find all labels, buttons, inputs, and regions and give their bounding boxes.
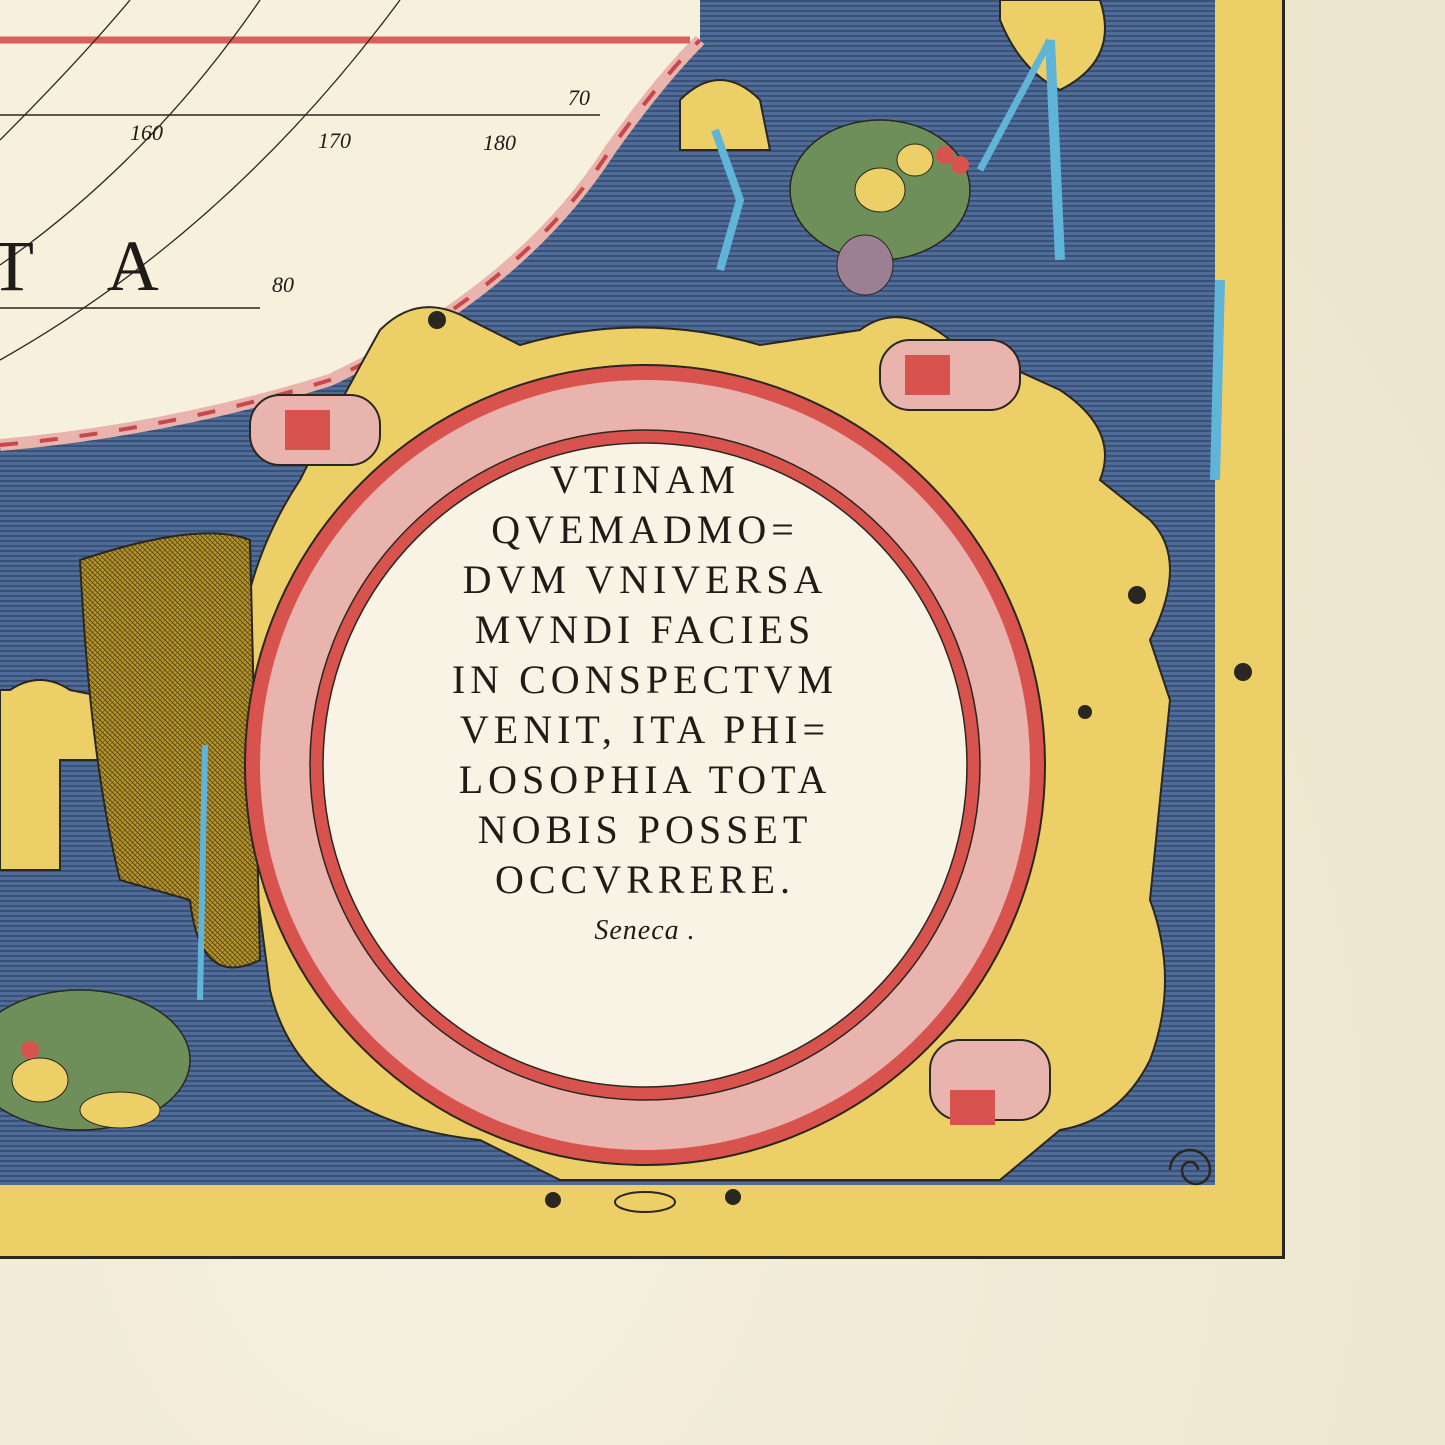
latitude-label: 80 — [272, 272, 294, 298]
quote-line: MVNDI FACIES — [330, 605, 960, 655]
quote-line: DVM VNIVERSA — [330, 555, 960, 605]
quote-line: VENIT, ITA PHI= — [330, 705, 960, 755]
map-frame: 160 170 180 70 80 T A VTINAM QVEMADMO= D… — [0, 0, 1285, 1259]
quote-author: Seneca . — [330, 915, 960, 947]
quote-line: NOBIS POSSET — [330, 805, 960, 855]
longitude-label: 180 — [483, 130, 516, 156]
longitude-label: 160 — [130, 120, 163, 146]
quote-line: LOSOPHIA TOTA — [330, 755, 960, 805]
longitude-label: 170 — [318, 128, 351, 154]
region-label: T A — [0, 225, 189, 308]
latitude-label: 70 — [568, 85, 590, 111]
quote-line: OCCVRRERE. — [330, 855, 960, 905]
cartouche-quote: VTINAM QVEMADMO= DVM VNIVERSA MVNDI FACI… — [330, 455, 960, 947]
quote-line: QVEMADMO= — [330, 505, 960, 555]
quote-line: IN CONSPECTVM — [330, 655, 960, 705]
quote-line: VTINAM — [330, 455, 960, 505]
